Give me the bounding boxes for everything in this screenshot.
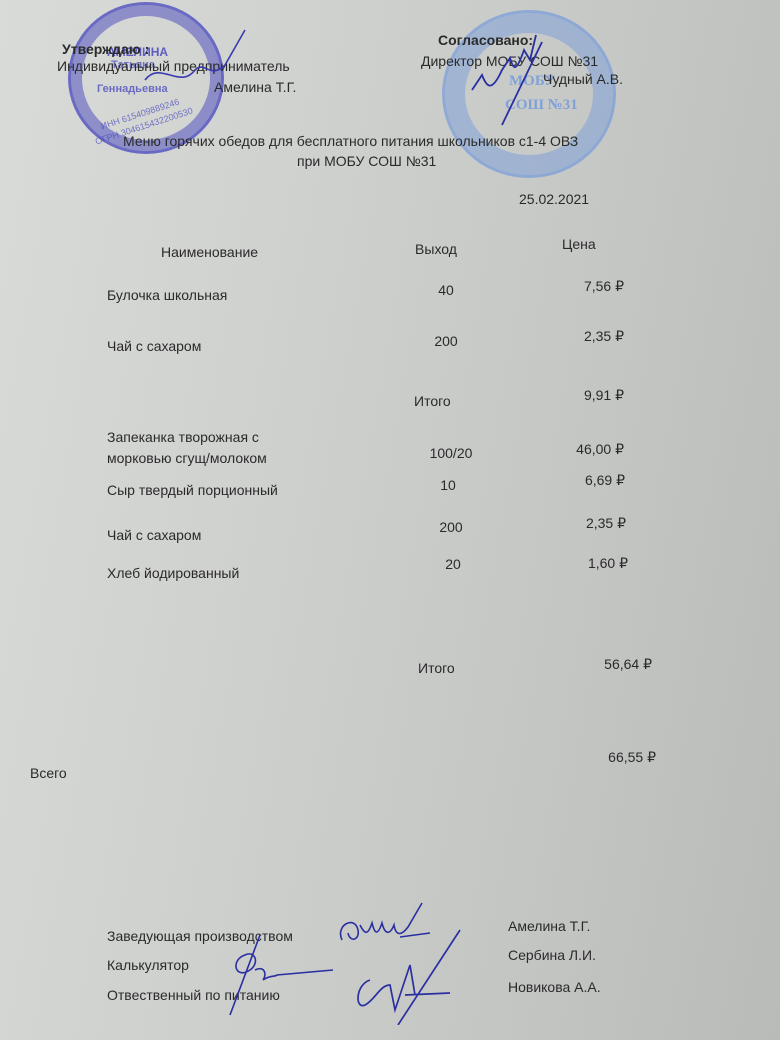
item-qty: 10 (403, 477, 493, 493)
subtotal-label: Итого (414, 393, 451, 409)
signature-role: Калькулятор (107, 957, 189, 973)
item-name: Булочка школьная (107, 287, 227, 303)
item-price: 7,56 ₽ (514, 278, 624, 295)
item-price: 6,69 ₽ (515, 472, 625, 489)
signature-calculator-icon (215, 925, 340, 1025)
signature-name: Новикова А.А. (508, 979, 601, 995)
menu-date: 25.02.2021 (519, 191, 589, 207)
item-price: 2,35 ₽ (516, 515, 626, 532)
total-label: Всего (30, 765, 67, 781)
signature-name: Амелина Т.Г. (508, 918, 590, 934)
signature-director-icon (462, 30, 592, 130)
item-name: Чай с сахаром (107, 338, 201, 354)
menu-subtitle: при МОБУ СОШ №31 (297, 153, 436, 169)
item-price: 2,35 ₽ (514, 328, 624, 345)
item-qty: 200 (406, 519, 496, 535)
item-name-line1: Запеканка творожная с (107, 429, 259, 445)
total-value: 66,55 ₽ (546, 749, 656, 766)
column-header-name: Наименование (161, 244, 258, 260)
subtotal-value: 9,91 ₽ (514, 387, 624, 404)
item-qty: 40 (401, 282, 491, 298)
item-price: 1,60 ₽ (518, 555, 628, 572)
item-name: Сыр твердый порционный (107, 482, 278, 498)
item-name: Чай с сахаром (107, 527, 201, 543)
subtotal-label: Итого (418, 660, 455, 676)
signature-ip-icon (140, 20, 250, 100)
item-name: Хлеб йодированный (107, 565, 239, 581)
item-qty: 100/20 (406, 445, 496, 461)
item-name-line2: морковью сгущ/молоком (107, 450, 267, 466)
signature-responsible-icon (350, 925, 480, 1025)
menu-title: Меню горячих обедов для бесплатного пита… (123, 133, 578, 149)
approval-left-heading: Утверждаю : (62, 41, 149, 57)
item-price: 46,00 ₽ (514, 441, 624, 458)
item-qty: 200 (401, 333, 491, 349)
column-header-qty: Выход (391, 241, 481, 257)
item-qty: 20 (408, 556, 498, 572)
column-header-price: Цена (562, 236, 596, 252)
subtotal-value: 56,64 ₽ (542, 656, 652, 673)
signature-name: Сербина Л.И. (508, 947, 596, 963)
